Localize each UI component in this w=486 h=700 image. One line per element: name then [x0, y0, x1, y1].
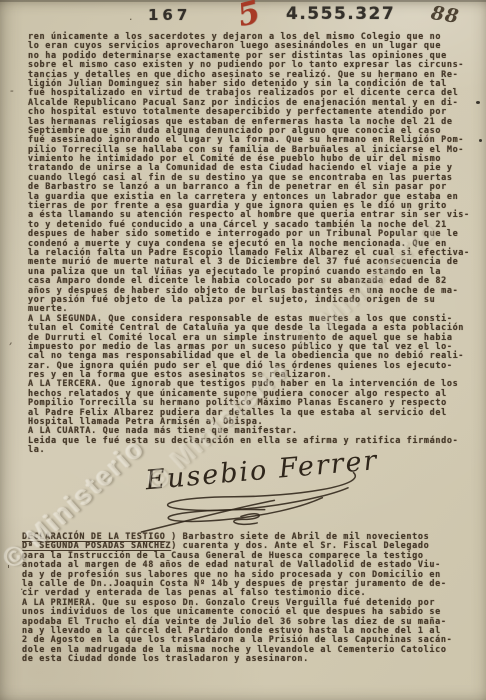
- typed-line: de esta Ciudad donde los trasladaron y a…: [22, 655, 480, 664]
- handwritten-red-number: 5: [234, 0, 264, 34]
- pencil-mark: .: [129, 10, 133, 23]
- typed-line: Leida que le fué esta su declaración en …: [28, 437, 480, 446]
- pencil-mark: · ·: [20, 583, 31, 596]
- pencil-mark: ,: [9, 334, 13, 347]
- file-number-stamp: 4.555.327: [286, 4, 395, 24]
- pencil-mark: -: [10, 84, 14, 97]
- paper-speck: [476, 101, 480, 104]
- testimony-text-block: ren únicamente a los sacerdotes y dejaro…: [28, 33, 480, 456]
- declaration-text-block: DECLARACIÓN DE LA TESTIGO ) Barbastro si…: [22, 533, 480, 664]
- handwritten-corner-number: 88: [429, 2, 461, 28]
- paper-speck: [479, 139, 482, 142]
- pencil-mark: ': [7, 563, 10, 576]
- signature: Eusebio Ferrer: [121, 441, 390, 536]
- page-number-stamp: 167: [148, 6, 191, 24]
- underlined-heading: Dª SEGUNDA POSADAS SANCHEZ: [22, 541, 171, 551]
- scanned-document-page: 167 5 4.555.327 88 ren únicamente a los …: [0, 0, 486, 700]
- signature-flourish: Eusebio Ferrer: [121, 441, 390, 536]
- typed-line: yor pasión fué objeto de la paliza por e…: [28, 296, 480, 305]
